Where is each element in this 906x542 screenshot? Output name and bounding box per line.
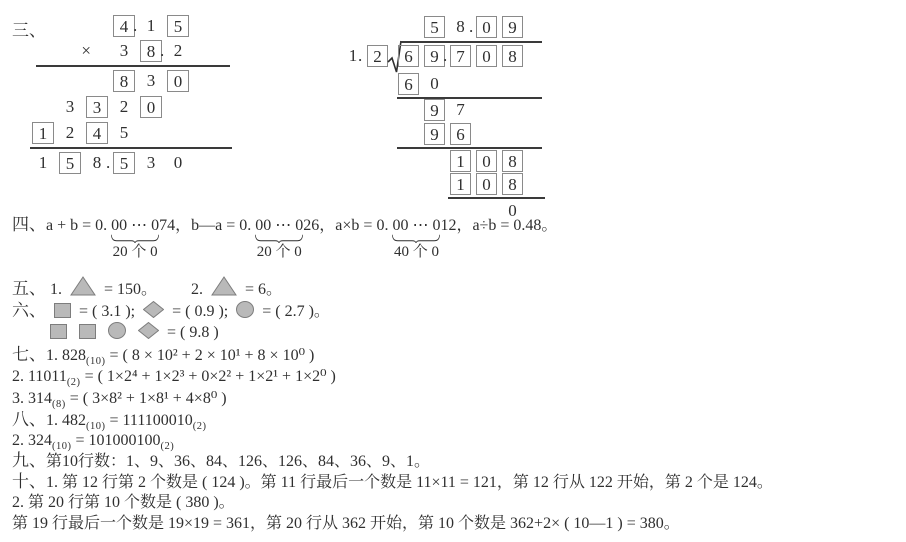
answer-text: 1. 828 — [46, 347, 86, 364]
product-sum-line — [30, 147, 232, 149]
subtraction-line-3 — [448, 197, 545, 199]
answer-digit-box: 5 — [113, 152, 135, 174]
answer-digit-box: 8 — [113, 70, 135, 92]
base-subscript: (2) — [67, 377, 81, 388]
answer-text: 26，a×b = 0. — [303, 217, 392, 234]
square-icon — [79, 324, 96, 339]
divisor-digit: 1 — [348, 45, 358, 67]
digit: 5 — [113, 122, 135, 144]
answer-digit-box: 9 — [424, 123, 445, 145]
divisor-answer-box: 2 — [367, 45, 388, 67]
underbrace-label: 20 个 0 — [113, 242, 158, 263]
answer-digit-box: 1 — [32, 122, 54, 144]
answer-text: 第10行数：1、9、36、84、126、126、84、36、9、1。 — [46, 453, 430, 470]
answer-text: = ( 0.9 ); — [172, 303, 228, 320]
diamond-icon — [138, 322, 159, 339]
answer-digit-box: 0 — [476, 16, 497, 38]
answer-digit-box: 8 — [140, 40, 162, 62]
digit: 1 — [32, 152, 54, 174]
decimal-point: . — [469, 16, 476, 38]
underbrace-label: 40 个 0 — [394, 242, 439, 263]
answer-text: = ( 8 × 10² + 2 × 10¹ + 8 × 10⁰ ) — [106, 347, 315, 364]
answer-text: 第 19 行最后一个数是 19×19 = 361，第 20 行从 362 开始，… — [12, 515, 680, 532]
digit: 3 — [113, 40, 135, 62]
underbrace-group: 00 ⋯ 040 个 0 — [392, 215, 440, 236]
section-four-label: 四、 — [12, 215, 46, 234]
section-nine: 九、第10行数：1、9、36、84、126、126、84、36、9、1。 — [12, 450, 430, 472]
digit: 2 — [59, 122, 81, 144]
digit: 3 — [59, 96, 81, 118]
subtraction-line-2 — [397, 147, 542, 149]
answer-text: = 150。 — [104, 281, 157, 298]
digit: 8 — [86, 152, 108, 174]
diamond-icon — [143, 301, 164, 318]
digit: 7 — [450, 99, 471, 121]
answer-digit-box: 9 — [424, 45, 445, 67]
section-ten-line2: 2. 第 20 行第 10 个数是 ( 380 )。 — [12, 492, 235, 513]
answer-text: 1. 482 — [46, 412, 86, 429]
answer-text: = ( 3.1 ); — [79, 303, 135, 320]
zero-digits: 00 ⋯ 0 — [392, 217, 440, 234]
answer-digit-box: 0 — [476, 45, 497, 67]
answer-text: 2. 324 — [12, 432, 52, 449]
answer-digit-box: 5 — [167, 15, 189, 37]
answer-digit-box: 4 — [86, 122, 108, 144]
circle-icon — [108, 322, 126, 339]
circle-icon — [236, 301, 254, 318]
item-number: 1. — [50, 281, 62, 298]
section-seven-label: 七、 — [12, 345, 46, 364]
section-ten-label: 十、 — [12, 472, 46, 491]
section-ten-line3: 第 19 行最后一个数是 19×19 = 361，第 20 行从 362 开始，… — [12, 513, 680, 534]
divisor-decimal-point: . — [358, 45, 365, 67]
partial-products-line — [36, 65, 230, 67]
multiplication-worksheet: 4.15×38.283033201245158.530 — [32, 14, 238, 184]
digit: 2 — [113, 96, 135, 118]
answer-text: = 6。 — [245, 281, 282, 298]
underbrace-group: 00 ⋯ 020 个 0 — [111, 215, 159, 236]
digit: 8 — [450, 16, 471, 38]
answer-digit-box: 8 — [502, 150, 523, 172]
square-icon — [50, 324, 67, 339]
section-six-row2: = ( 9.8 ) — [46, 322, 219, 343]
answer-digit-box: 0 — [476, 150, 497, 172]
answer-digit-box: 9 — [502, 16, 523, 38]
answer-digit-box: 9 — [424, 99, 445, 121]
underbrace-label: 20 个 0 — [257, 242, 302, 263]
decimal-point: . — [133, 15, 140, 37]
answer-text: 1. 第 12 行第 2 个数是 ( 124 )。第 11 行最后一个数是 11… — [46, 474, 773, 491]
zero-digits: 00 ⋯ 0 — [255, 217, 303, 234]
answer-digit-box: 8 — [502, 173, 523, 195]
section-ten-line1: 十、1. 第 12 行第 2 个数是 ( 124 )。第 11 行最后一个数是 … — [12, 471, 773, 493]
answer-digit-box: 4 — [113, 15, 135, 37]
section-eight-label: 八、 — [12, 410, 46, 429]
underbrace-group: 00 ⋯ 020 个 0 — [255, 215, 303, 236]
answer-digit-box: 5 — [424, 16, 445, 38]
digit: 1 — [140, 15, 162, 37]
digit: × — [75, 40, 97, 62]
answer-digit-box: 8 — [502, 45, 523, 67]
decimal-point: . — [160, 40, 167, 62]
square-icon — [54, 303, 71, 318]
digit: 3 — [140, 70, 162, 92]
digit: 0 — [424, 73, 445, 95]
digit: 3 — [140, 152, 162, 174]
decimal-point: . — [443, 45, 450, 67]
answer-text: 2. 11011 — [12, 368, 67, 385]
answer-text: a + b = 0. — [46, 217, 111, 234]
answer-text: 74，b—a = 0. — [159, 217, 255, 234]
answer-text: 12，a÷b = 0.48。 — [440, 217, 557, 234]
answer-digit-box: 6 — [398, 45, 419, 67]
digit: 0 — [167, 152, 189, 174]
answer-digit-box: 3 — [86, 96, 108, 118]
item-number: 2. — [191, 281, 203, 298]
triangle-icon — [70, 276, 96, 296]
division-worksheet: 1 . 2 58.0969.7086097961081080 — [348, 14, 562, 229]
answer-digit-box: 6 — [398, 73, 419, 95]
vinculum-line — [400, 41, 542, 43]
triangle-icon — [211, 276, 237, 296]
section-six-row1: 六、 = ( 3.1 ); = ( 0.9 ); = ( 2.7 )。 — [12, 300, 330, 322]
decimal-point: . — [106, 152, 113, 174]
answer-text: 2. 第 20 行第 10 个数是 ( 380 )。 — [12, 494, 235, 511]
section-six-label: 六、 — [12, 301, 46, 320]
answer-text: 3. 314 — [12, 390, 52, 407]
answer-digit-box: 0 — [167, 70, 189, 92]
digit: 2 — [167, 40, 189, 62]
answer-digit-box: 6 — [450, 123, 471, 145]
answer-text: = ( 3×8² + 1×8¹ + 4×8⁰ ) — [66, 390, 227, 407]
base-subscript: (2) — [193, 421, 207, 432]
answer-digit-box: 5 — [59, 152, 81, 174]
zero-digits: 00 ⋯ 0 — [111, 217, 159, 234]
answer-text: = 111100010 — [106, 412, 193, 429]
answer-digit-box: 1 — [450, 173, 471, 195]
section-four: 四、a + b = 0. 00 ⋯ 020 个 074，b—a = 0. 00 … — [12, 214, 557, 236]
answer-digit-box: 0 — [476, 173, 497, 195]
section-five: 五、 1. = 150。 2. = 6。 — [12, 276, 282, 300]
section-five-label: 五、 — [12, 279, 46, 298]
section-nine-label: 九、 — [12, 451, 46, 470]
answer-digit-box: 0 — [140, 96, 162, 118]
answer-digit-box: 1 — [450, 150, 471, 172]
answer-text: = ( 9.8 ) — [167, 324, 219, 341]
worksheet-page: 三、 4.15×38.283033201245158.530 1 . 2 58.… — [0, 0, 906, 542]
answer-text: = ( 1×2⁴ + 1×2³ + 0×2² + 1×2¹ + 1×2⁰ ) — [81, 368, 336, 385]
answer-text: = ( 2.7 )。 — [262, 303, 330, 320]
answer-digit-box: 7 — [450, 45, 471, 67]
answer-text: = 101000100 — [72, 432, 161, 449]
